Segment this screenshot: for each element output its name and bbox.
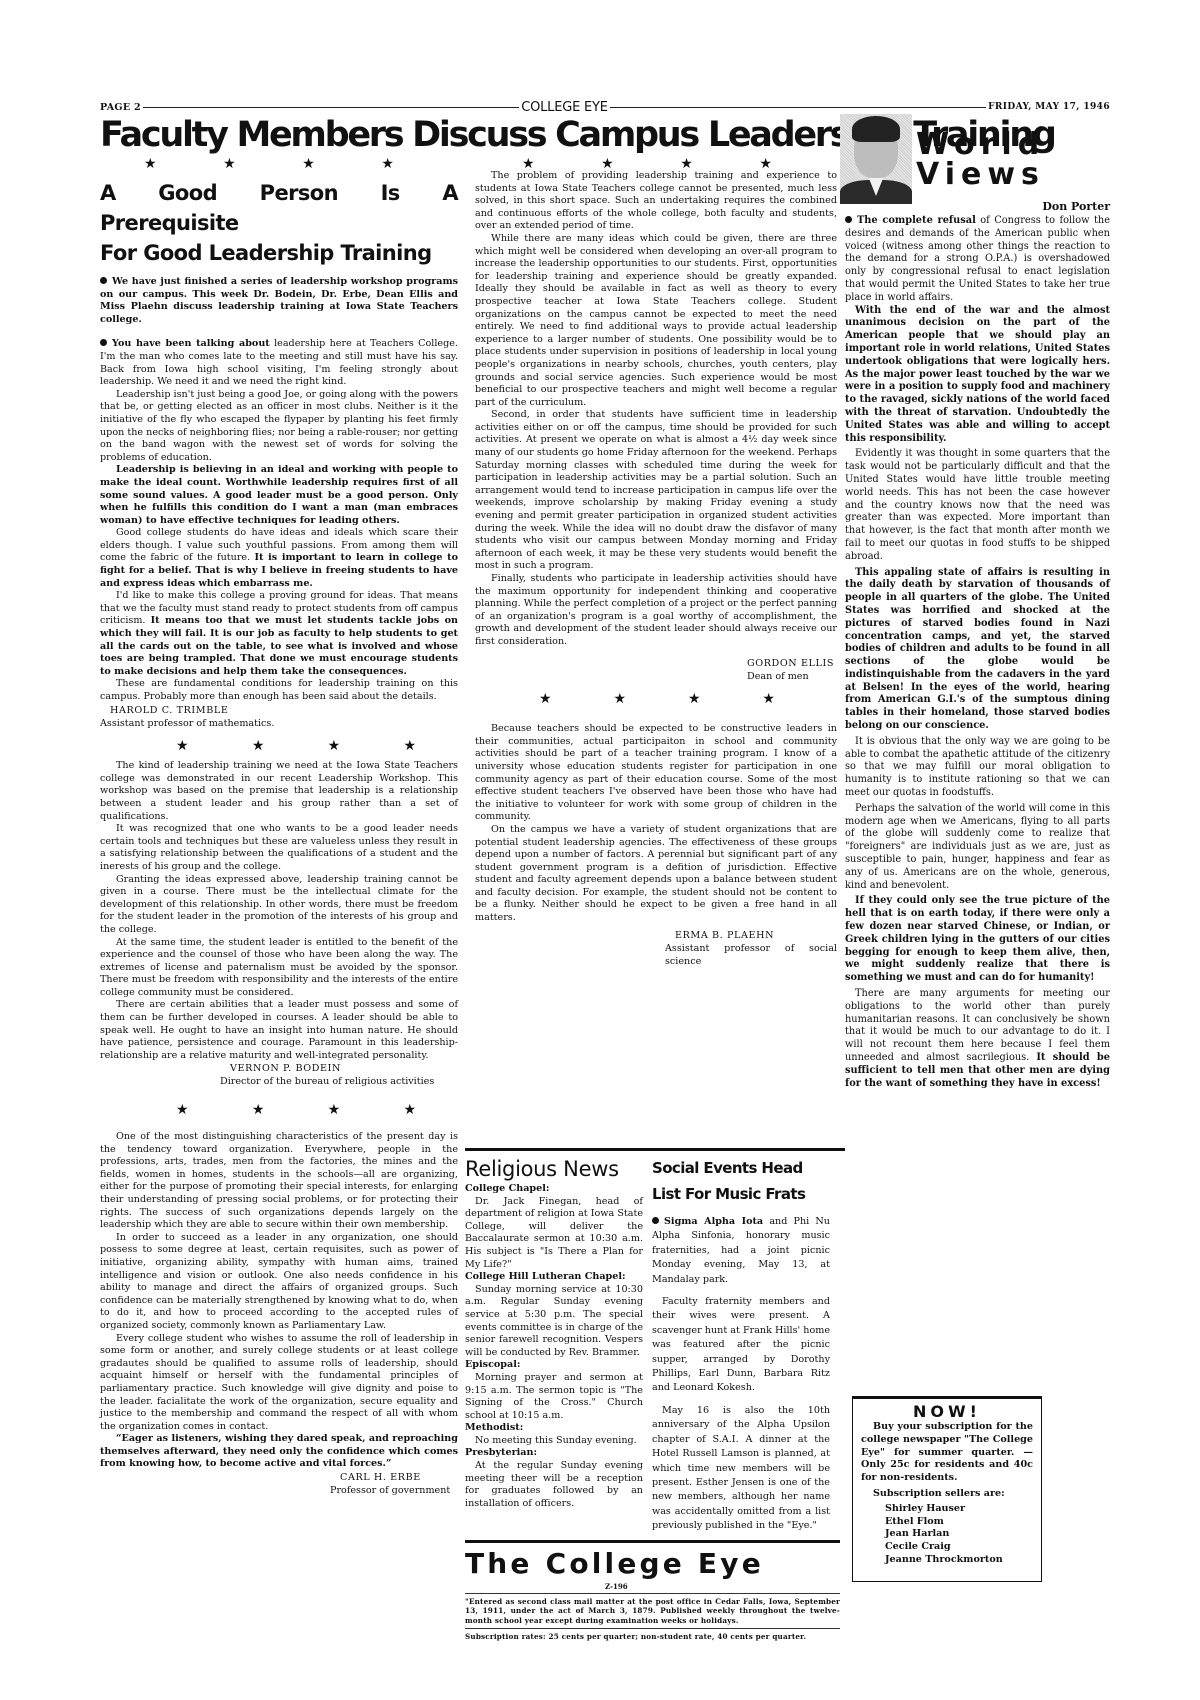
star-icon: ★ xyxy=(302,156,315,172)
star-icon: ★ xyxy=(381,156,394,172)
religious-section: College Hill Lutheran Chapel:Sunday morn… xyxy=(465,1271,643,1359)
world-views-paragraph: Evidently it was thought in some quarter… xyxy=(845,448,1110,563)
star-icon: ★ xyxy=(328,740,341,753)
star-divider: ★★★★ xyxy=(539,693,775,706)
issue-date: FRIDAY, MAY 17, 1946 xyxy=(988,102,1110,112)
religious-news-title: Religious News xyxy=(465,1155,643,1183)
world-views-title: World Views xyxy=(916,130,1045,190)
subscription-ad-body: Buy your subscription for the college ne… xyxy=(861,1421,1033,1485)
world-views-column: The complete refusal of Congress to foll… xyxy=(845,215,1110,1090)
star-icon: ★ xyxy=(539,693,552,706)
social-events-headline: Social Events Head List For Music Frats xyxy=(652,1155,830,1207)
bodein-paragraph: The kind of leadership training we need … xyxy=(100,760,458,823)
plaehn-paragraph: Because teachers should be expected to b… xyxy=(475,723,837,824)
middle-column: The problem of providing leadership trai… xyxy=(475,170,837,968)
subscription-rates: Subscription rates: 25 cents per quarter… xyxy=(465,1632,840,1641)
world-views-paragraph: Perhaps the salvation of the world will … xyxy=(845,803,1110,893)
seller-item: Jean Harlan xyxy=(885,1528,1033,1541)
world-views-paragraph: If they could only see the true picture … xyxy=(845,895,1110,985)
social-paragraph: May 16 is also the 10th anniversary of t… xyxy=(652,1404,830,1534)
section-divider xyxy=(465,1148,845,1151)
article-headline: A Good Person Is A Prerequisite For Good… xyxy=(100,178,458,268)
divider xyxy=(465,1628,840,1629)
bullet-icon xyxy=(845,216,852,223)
religious-section: Episcopal:Morning prayer and sermon at 9… xyxy=(465,1359,643,1422)
erbe-paragraph: In order to succeed as a leader in any o… xyxy=(100,1232,458,1333)
bullet-icon xyxy=(100,277,107,284)
college-eye-nameplate: The College Eye xyxy=(465,1547,764,1580)
religious-section: Methodist:No meeting this Sunday evening… xyxy=(465,1422,643,1447)
bodein-paragraph: At the same time, the student leader is … xyxy=(100,937,458,1000)
trimble-paragraph: Leadership is believing in an ideal and … xyxy=(100,464,458,527)
star-icon: ★ xyxy=(176,1104,189,1117)
star-icon: ★ xyxy=(403,740,416,753)
page-label: PAGE 2 xyxy=(100,102,141,113)
bodein-paragraph: Granting the ideas expressed above, lead… xyxy=(100,874,458,937)
star-icon: ★ xyxy=(762,693,775,706)
ellis-paragraph: The problem of providing leadership trai… xyxy=(475,170,837,233)
signature: CARL H. ERBEProfessor of government xyxy=(330,1471,458,1497)
trimble-paragraph: Leadership isn't just being a good Joe, … xyxy=(100,389,458,465)
seller-item: Shirley Hauser xyxy=(885,1503,1033,1516)
social-paragraph: Sigma Alpha Iota and Phi Nu Alpha Sinfon… xyxy=(652,1215,830,1287)
byline: Don Porter xyxy=(960,200,1110,213)
star-icon: ★ xyxy=(176,740,189,753)
signature: VERNON P. BODEINDirector of the bureau o… xyxy=(220,1062,458,1088)
star-icon: ★ xyxy=(328,1104,341,1117)
ellis-paragraph: Second, in order that students have suff… xyxy=(475,409,837,573)
religious-section: Presbyterian:At the regular Sunday eveni… xyxy=(465,1447,643,1510)
star-icon: ★ xyxy=(613,693,626,706)
star-divider: ★★★★ xyxy=(176,740,416,753)
trimble-paragraph: Good college students do have ideas and … xyxy=(100,527,458,590)
left-column: A Good Person Is A Prerequisite For Good… xyxy=(100,178,458,1497)
trimble-paragraph: I'd like to make this college a proving … xyxy=(100,590,458,678)
divider xyxy=(465,1593,840,1594)
trimble-paragraph: These are fundamental conditions for lea… xyxy=(100,678,458,703)
religious-section: College Chapel:Dr. Jack Finegan, head of… xyxy=(465,1183,643,1271)
social-events: Social Events Head List For Music Frats … xyxy=(652,1155,830,1534)
world-views-title-line1: World xyxy=(916,130,1045,160)
bullet-icon xyxy=(652,1217,659,1224)
signature: ERMA B. PLAEHNAssistant professor of soc… xyxy=(665,929,837,968)
subscription-ad: NOW! Buy your subscription for the colle… xyxy=(852,1398,1042,1582)
seller-item: Ethel Flom xyxy=(885,1516,1033,1529)
star-icon: ★ xyxy=(688,693,701,706)
intro-paragraph: We have just finished a series of leader… xyxy=(100,276,458,326)
star-icon: ★ xyxy=(223,156,236,172)
now-title: NOW! xyxy=(861,1403,1033,1421)
erbe-paragraph: “Eager as listeners, wishing they dared … xyxy=(100,1433,458,1471)
world-views-title-line2: Views xyxy=(916,160,1045,190)
columnist-photo xyxy=(840,114,912,204)
mailing-notice: "Entered as second class mail matter at … xyxy=(465,1597,840,1625)
star-divider: ★★★★ xyxy=(176,1104,416,1117)
masthead-rule xyxy=(143,107,519,108)
religious-news: Religious News College Chapel:Dr. Jack F… xyxy=(465,1155,643,1510)
star-icon: ★ xyxy=(252,740,265,753)
seller-item: Jeanne Throckmorton xyxy=(885,1554,1033,1567)
sellers-list: Shirley Hauser Ethel Flom Jean Harlan Ce… xyxy=(861,1503,1033,1567)
erbe-paragraph: One of the most distinguishing character… xyxy=(100,1131,458,1232)
bodein-paragraph: It was recognized that one who wants to … xyxy=(100,823,458,873)
paper-name: COLLEGE EYE xyxy=(521,100,608,115)
headline-line1: A Good Person Is A Prerequisite xyxy=(100,178,458,238)
star-icon: ★ xyxy=(403,1104,416,1117)
signature: GORDON ELLISDean of men xyxy=(737,657,837,683)
signature: HAROLD C. TRIMBLEAssistant professor of … xyxy=(100,704,458,730)
star-icon: ★ xyxy=(252,1104,265,1117)
plaehn-paragraph: On the campus we have a variety of stude… xyxy=(475,824,837,925)
trimble-paragraph: You have been talking about leadership h… xyxy=(100,338,458,388)
masthead-rule xyxy=(610,107,986,108)
section-divider xyxy=(465,1540,840,1543)
world-views-paragraph: The complete refusal of Congress to foll… xyxy=(845,215,1110,305)
ellis-paragraph: While there are many ideas which could b… xyxy=(475,233,837,409)
world-views-paragraph: It is obvious that the only way we are g… xyxy=(845,736,1110,800)
world-views-paragraph: There are many arguments for meeting our… xyxy=(845,988,1110,1090)
world-views-paragraph: This appaling state of affairs is result… xyxy=(845,567,1110,733)
masthead: PAGE 2 COLLEGE EYE FRIDAY, MAY 17, 1946 xyxy=(100,100,1110,114)
star-divider: ★★★★ xyxy=(144,156,394,172)
seller-item: Cecile Craig xyxy=(885,1541,1033,1554)
sellers-label: Subscription sellers are: xyxy=(861,1488,1033,1501)
banner-headline: Faculty Members Discuss Campus Leadershi… xyxy=(100,115,840,155)
world-views-paragraph: With the end of the war and the almost u… xyxy=(845,305,1110,446)
ellis-paragraph: Finally, students who participate in lea… xyxy=(475,573,837,649)
star-icon: ★ xyxy=(144,156,157,172)
newspaper-page: PAGE 2 COLLEGE EYE FRIDAY, MAY 17, 1946 … xyxy=(100,100,1110,1680)
bullet-icon xyxy=(100,339,107,346)
erbe-paragraph: Every college student who wishes to assu… xyxy=(100,1333,458,1434)
headline-line2: For Good Leadership Training xyxy=(100,238,458,268)
bodein-paragraph: There are certain abilities that a leade… xyxy=(100,999,458,1062)
social-paragraph: Faculty fraternity members and their wiv… xyxy=(652,1295,830,1396)
college-eye-code: Z-196 xyxy=(605,1582,628,1591)
